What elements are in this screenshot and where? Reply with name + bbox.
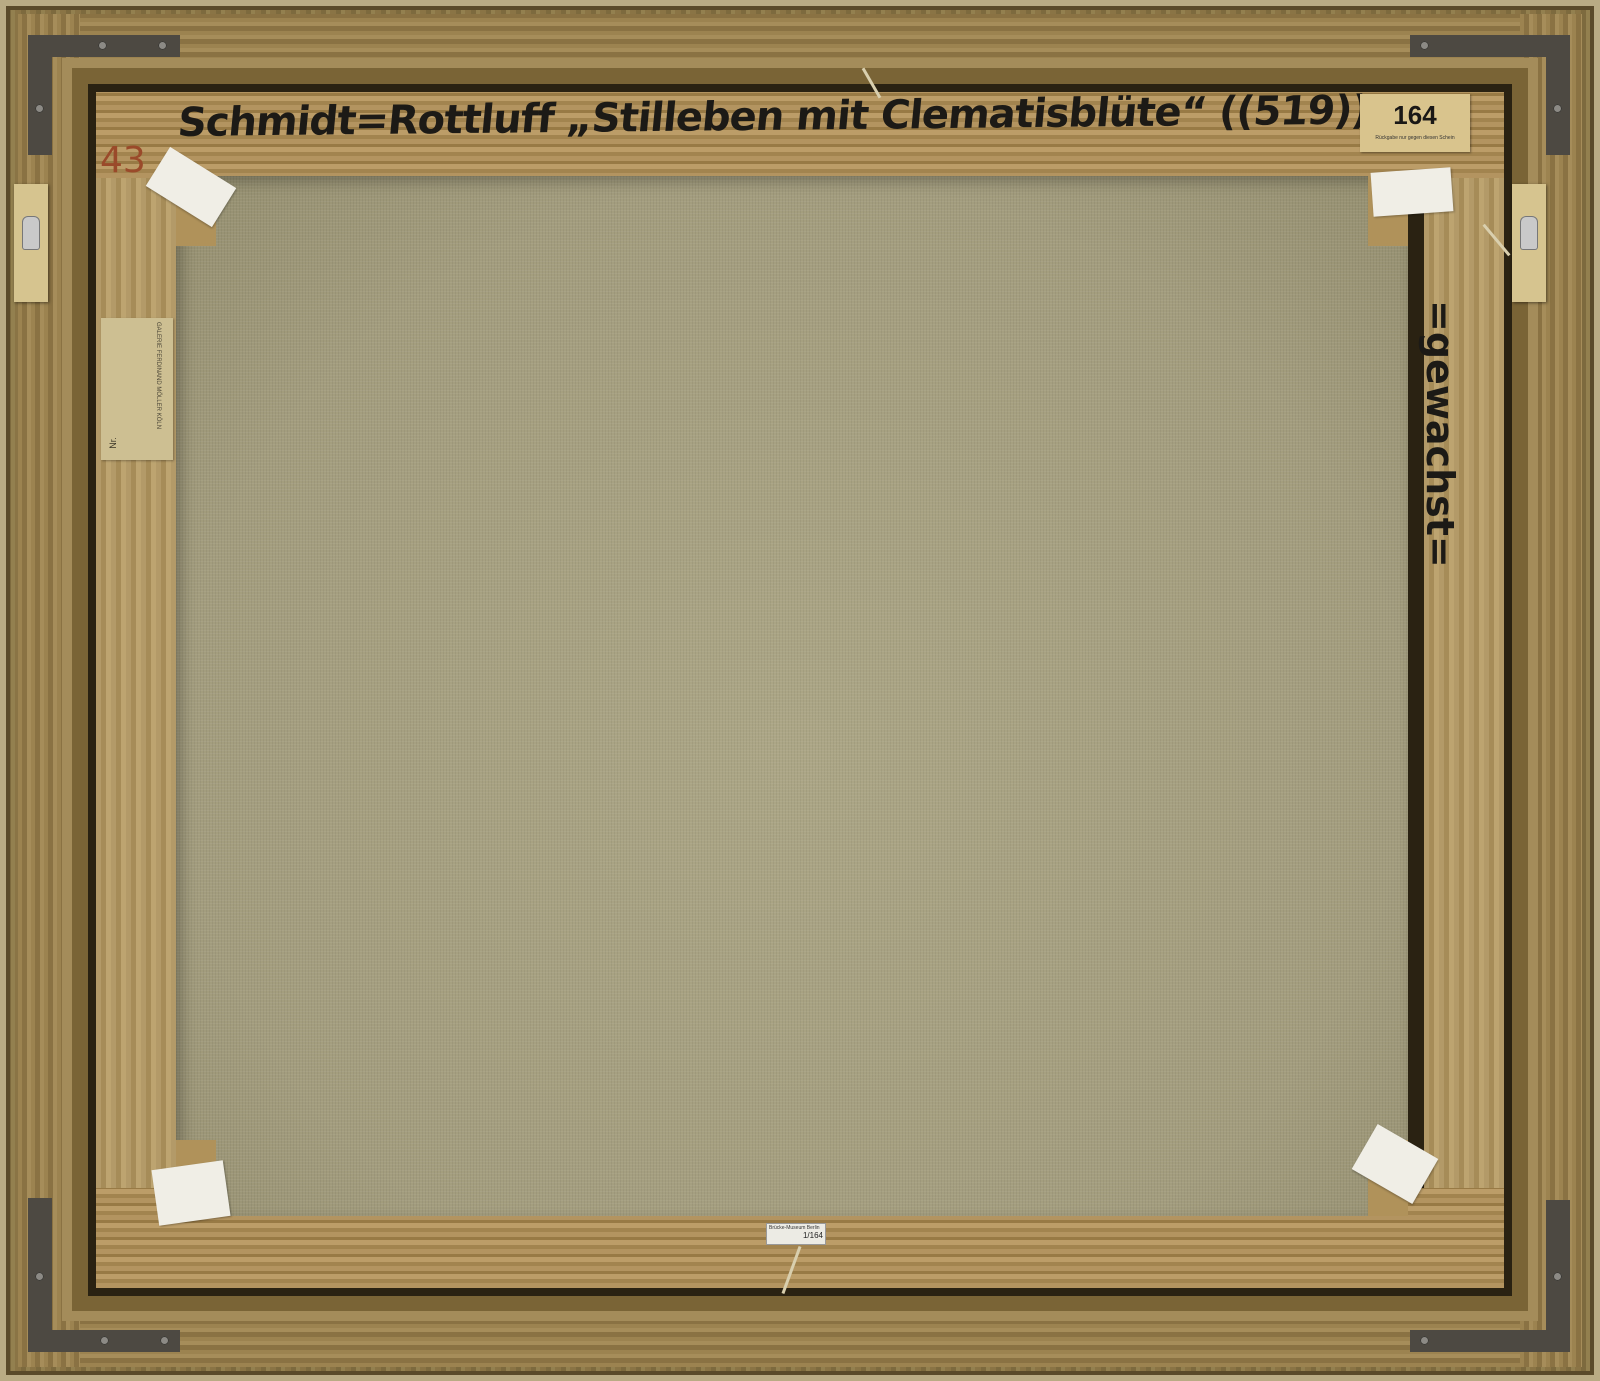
canvas-reverse — [176, 176, 1408, 1216]
hanger-hook-icon — [22, 216, 40, 250]
gallery-label-text: GALERIE FERDINAND MÖLLER KÖLN — [155, 322, 161, 429]
tape-bottom-left — [151, 1160, 230, 1225]
screw-icon — [35, 104, 44, 113]
hanger-left — [14, 184, 48, 302]
gallery-label: GALERIE FERDINAND MÖLLER KÖLN Nr. — [101, 318, 173, 460]
screw-icon — [98, 41, 107, 50]
screw-icon — [1553, 104, 1562, 113]
hanger-hook-icon — [1520, 216, 1538, 250]
stretcher-left-bar — [96, 92, 180, 1288]
red-pencil-mark: 43 — [100, 140, 146, 181]
hanger-right — [1512, 184, 1546, 302]
screw-icon — [100, 1336, 109, 1345]
screw-icon — [1553, 1272, 1562, 1281]
museum-label: Brücke-Museum Berlin 1/164 — [766, 1223, 826, 1245]
screw-icon — [158, 41, 167, 50]
screw-icon — [1420, 41, 1429, 50]
screw-icon — [1420, 1336, 1429, 1345]
side-inscription: =gewachst= — [1418, 300, 1462, 568]
stretcher-right-bar — [1424, 92, 1504, 1288]
screw-icon — [160, 1336, 169, 1345]
inventory-tag: 164 Rückgabe nur gegen diesen Schein — [1360, 94, 1470, 152]
screw-icon — [35, 1272, 44, 1281]
inventory-subtext: Rückgabe nur gegen diesen Schein — [1360, 135, 1470, 141]
museum-label-inventory: 1/164 — [769, 1231, 823, 1240]
inventory-number: 164 — [1360, 100, 1470, 131]
bracket-top-left-vertical — [28, 35, 52, 155]
tape-top-right — [1371, 167, 1454, 216]
bracket-top-right-vertical — [1546, 35, 1570, 155]
gallery-label-number: Nr. — [108, 437, 118, 449]
